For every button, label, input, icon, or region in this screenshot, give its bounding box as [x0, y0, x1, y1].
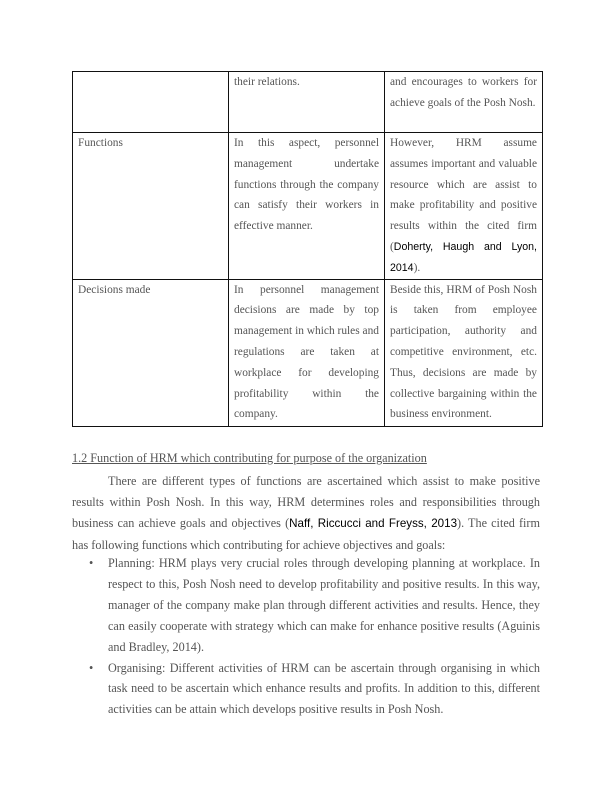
section-heading: 1.2 Function of HRM which contributing f…: [72, 451, 427, 466]
table-row: their relations. and encourages to worke…: [73, 72, 543, 133]
body-paragraph: There are different types of functions a…: [72, 471, 540, 556]
row-label: Functions: [73, 133, 229, 280]
list-item-text: Organising: Different activities of HRM …: [108, 661, 540, 717]
hrm-text: However, HRM assume assumes important an…: [390, 137, 537, 253]
list-item: • Organising: Different activities of HR…: [72, 658, 540, 721]
bullet-icon: •: [89, 658, 93, 679]
list-item: • Planning: HRM plays very crucial roles…: [72, 553, 540, 658]
bullet-icon: •: [89, 553, 93, 574]
list-item-text: Planning: HRM plays very crucial roles t…: [108, 556, 540, 654]
hrm-cell: However, HRM assume assumes important an…: [385, 133, 543, 280]
comparison-table: their relations. and encourages to worke…: [72, 71, 543, 427]
hrm-cell: Beside this, HRM of Posh Nosh is taken f…: [385, 279, 543, 426]
table-row: Decisions made In personnel management d…: [73, 279, 543, 426]
personnel-cell: their relations.: [229, 72, 385, 133]
hrm-cell: and encourages to workers for achieve go…: [385, 72, 543, 133]
row-label: [73, 72, 229, 133]
function-list: • Planning: HRM plays very crucial roles…: [72, 553, 540, 720]
personnel-cell: In this aspect, personnel management und…: [229, 133, 385, 280]
document-page: their relations. and encourages to worke…: [0, 0, 612, 792]
citation: Naff, Riccucci and Freyss, 2013: [289, 517, 457, 530]
row-label: Decisions made: [73, 279, 229, 426]
table-row: Functions In this aspect, personnel mana…: [73, 133, 543, 280]
personnel-cell: In personnel management decisions are ma…: [229, 279, 385, 426]
citation: Doherty, Haugh and Lyon, 2014: [390, 241, 537, 274]
hrm-text-end: ).: [414, 262, 421, 274]
